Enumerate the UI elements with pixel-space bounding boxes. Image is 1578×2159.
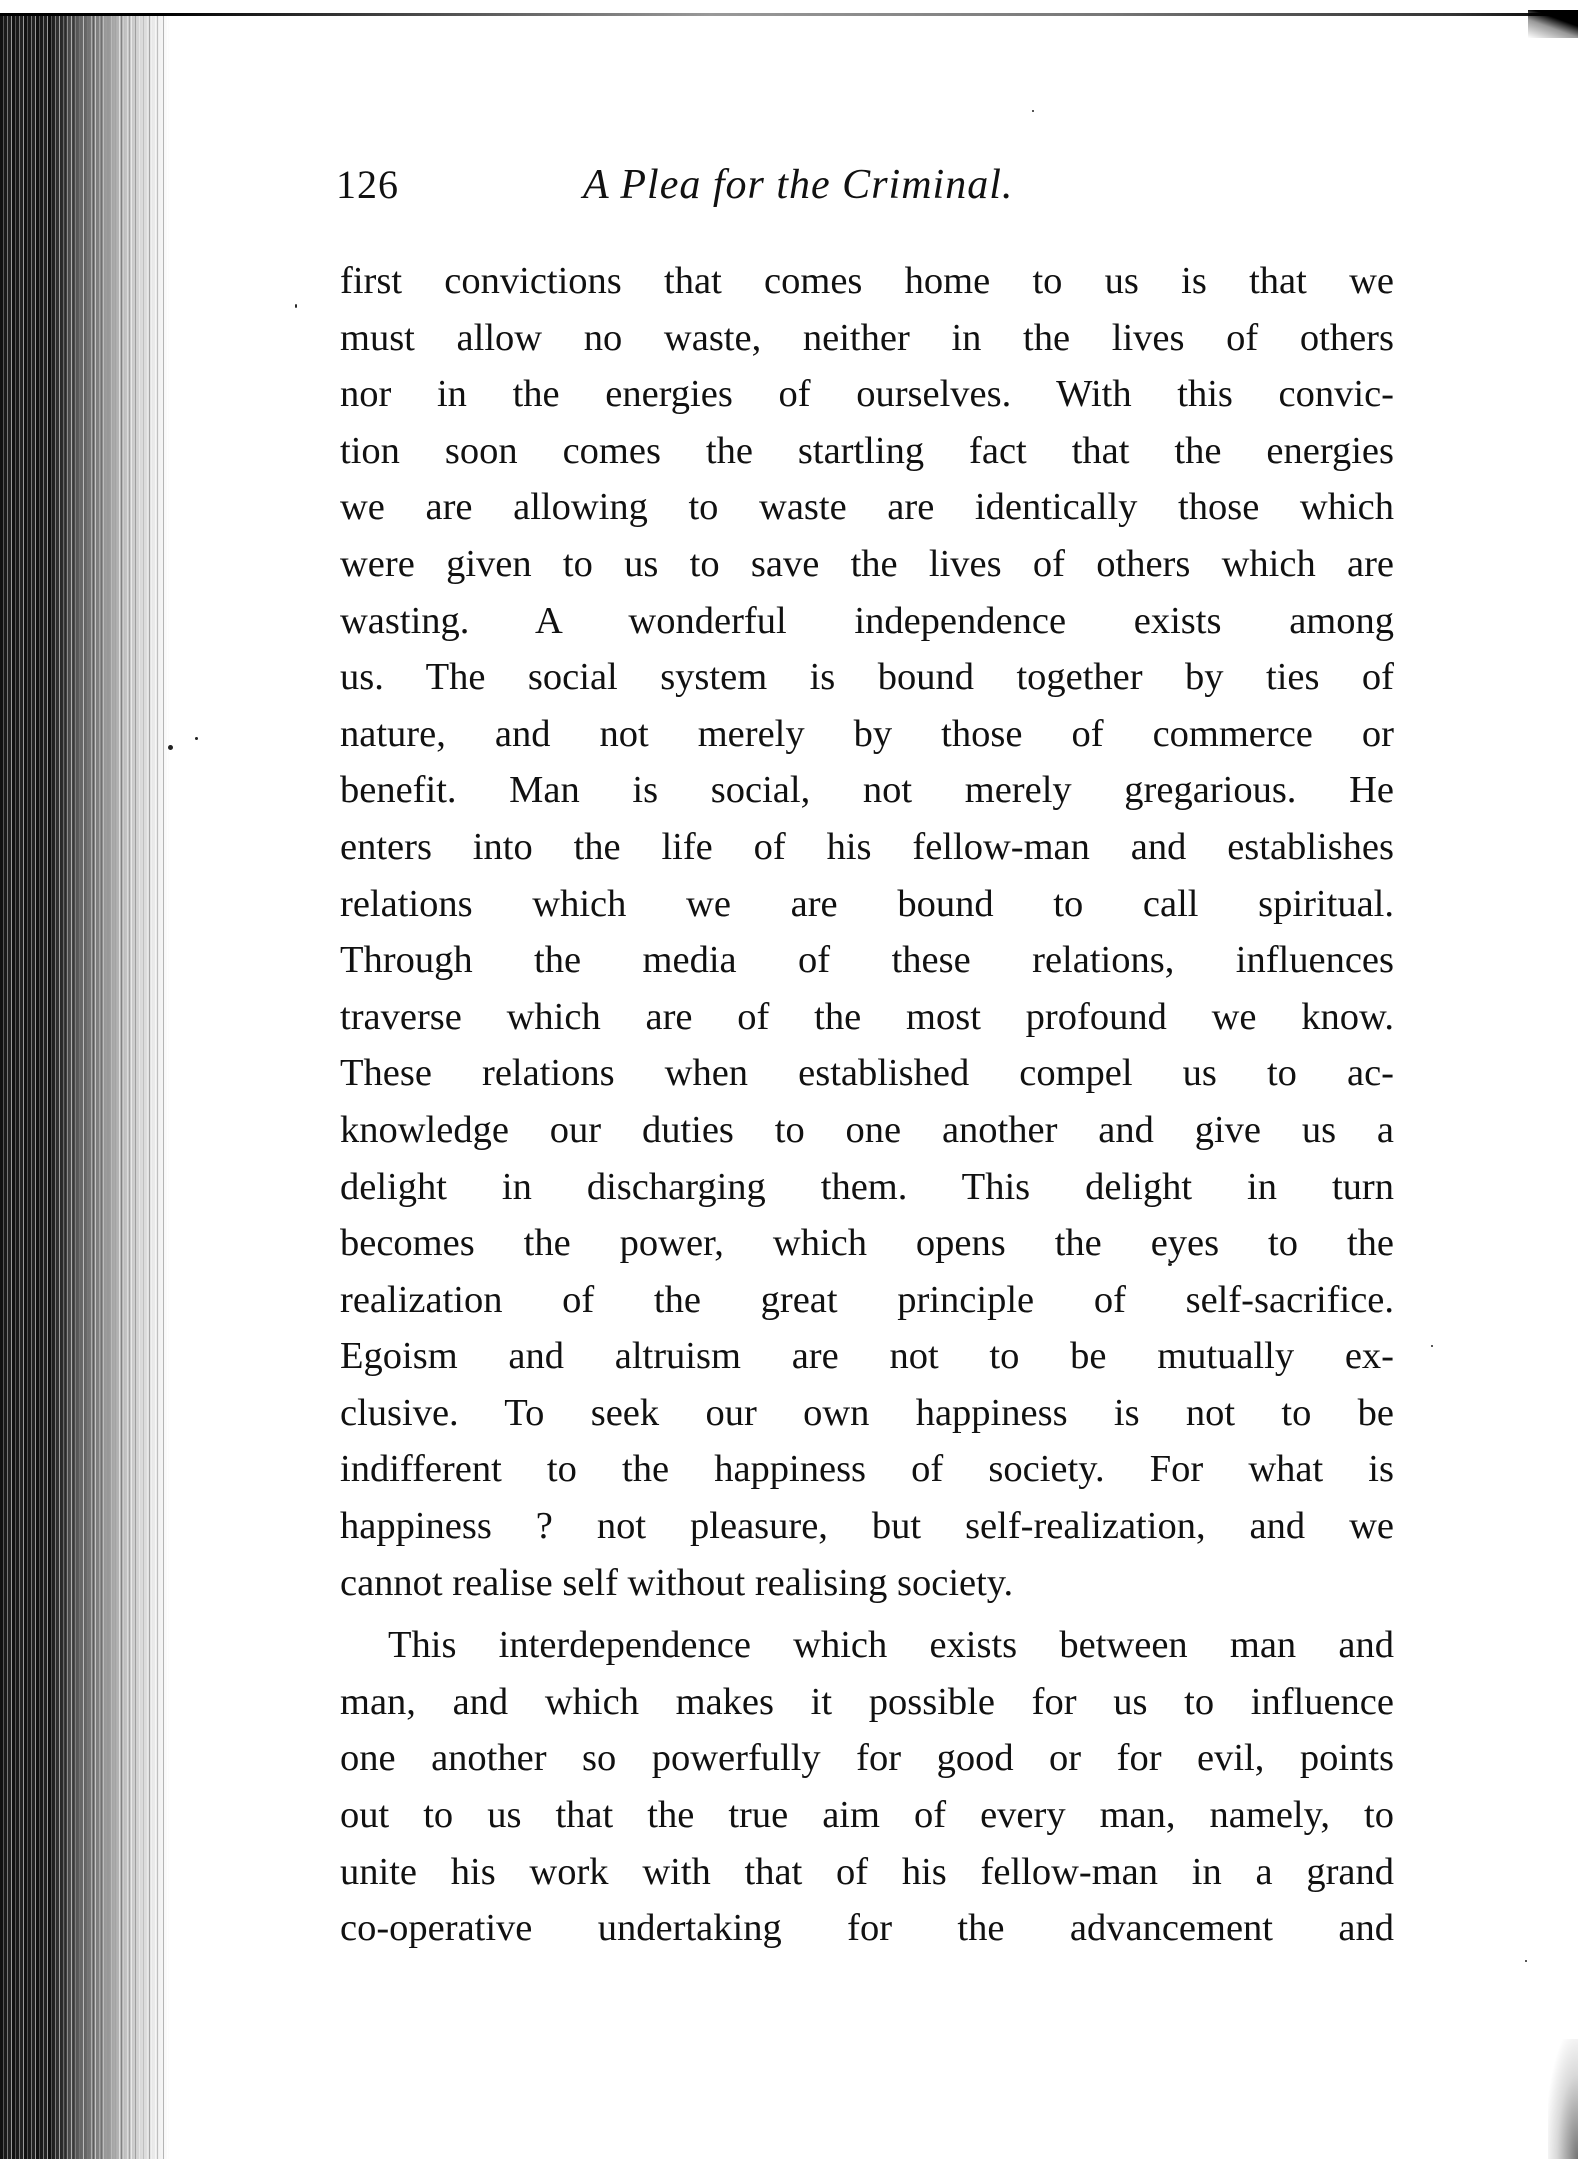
text-line: knowledge our duties to one another and … — [340, 1102, 1394, 1159]
text-line: This interdependence which exists betwee… — [340, 1617, 1394, 1674]
text-line: nature, and not merely by those of comme… — [340, 706, 1394, 763]
text-line: indifferent to the happiness of society.… — [340, 1441, 1394, 1498]
scan-speck — [168, 745, 173, 750]
running-title: A Plea for the Criminal. — [583, 155, 1013, 215]
text-line: unite his work with that of his fellow-m… — [340, 1844, 1394, 1901]
text-line: happiness ? not pleasure, but self-reali… — [340, 1498, 1394, 1555]
text-line: Through the media of these relations, in… — [340, 932, 1394, 989]
text-line: benefit. Man is social, not merely grega… — [340, 762, 1394, 819]
text-line: tion soon comes the startling fact that … — [340, 423, 1394, 480]
book-gutter-texture — [60, 14, 170, 2159]
text-line: realization of the great principle of se… — [340, 1272, 1394, 1329]
scan-speck — [1431, 1345, 1433, 1347]
scan-bottom-corner-shadow — [1548, 2039, 1578, 2159]
text-line: man, and which makes it possible for us … — [340, 1674, 1394, 1731]
text-line: were given to us to save the lives of ot… — [340, 536, 1394, 593]
scan-speck — [1032, 110, 1034, 112]
scan-speck — [295, 304, 297, 308]
paragraph-2: This interdependence which exists betwee… — [340, 1617, 1394, 1957]
text-line: cannot realise self without realising so… — [340, 1555, 1394, 1612]
text-line: traverse which are of the most profound … — [340, 989, 1394, 1046]
scan-top-edge — [0, 13, 1578, 16]
text-line: nor in the energies of ourselves. With t… — [340, 366, 1394, 423]
running-head: 126 A Plea for the Criminal. — [336, 155, 1386, 215]
text-line: first convictions that comes home to us … — [340, 253, 1394, 310]
text-line: us. The social system is bound together … — [340, 649, 1394, 706]
text-line: co-operative undertaking for the advance… — [340, 1900, 1394, 1957]
text-line: Egoism and altruism are not to be mutual… — [340, 1328, 1394, 1385]
text-line: must allow no waste, neither in the live… — [340, 310, 1394, 367]
body-text: first convictions that comes home to us … — [340, 253, 1394, 1957]
text-line: relations which we are bound to call spi… — [340, 876, 1394, 933]
paragraph-1: first convictions that comes home to us … — [340, 253, 1394, 1611]
scan-speck — [1168, 1263, 1172, 1266]
scan-speck — [1525, 1960, 1527, 1962]
text-line: we are allowing to waste are identically… — [340, 479, 1394, 536]
text-line: enters into the life of his fellow-man a… — [340, 819, 1394, 876]
text-line: delight in discharging them. This deligh… — [340, 1159, 1394, 1216]
page-number: 126 — [336, 155, 399, 215]
text-line: one another so powerfully for good or fo… — [340, 1730, 1394, 1787]
scan-speck — [195, 737, 198, 740]
text-line: clusive. To seek our own happiness is no… — [340, 1385, 1394, 1442]
text-line: out to us that the true aim of every man… — [340, 1787, 1394, 1844]
text-line: These relations when established compel … — [340, 1045, 1394, 1102]
text-line: becomes the power, which opens the eyes … — [340, 1215, 1394, 1272]
text-line: wasting. A wonderful independence exists… — [340, 593, 1394, 650]
scan-corner-shadow — [1528, 10, 1578, 38]
